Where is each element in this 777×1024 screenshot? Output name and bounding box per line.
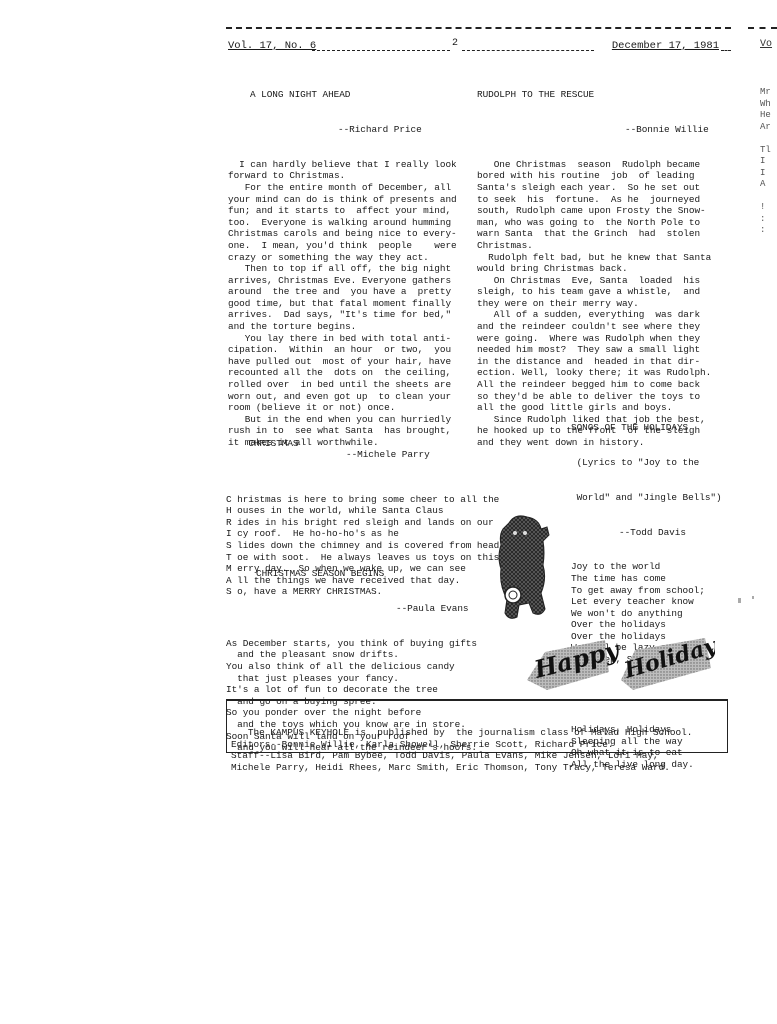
text-line: recounted all the dots on the ceiling, <box>228 367 457 379</box>
text-line: All the reindeer begged him to come back <box>477 379 711 391</box>
poem-line: As December starts, you think of buying … <box>226 638 477 650</box>
text-line: would bring Christmas back. <box>477 263 711 275</box>
text-line: cipation. Within an hour or two, you <box>228 344 457 356</box>
text-line: bored with his routine job of leading <box>477 170 711 182</box>
text-line: one. I mean, you'd think people were <box>228 240 457 252</box>
text-line: All of a sudden, everything was dark <box>477 309 711 321</box>
article-title: RUDOLPH TO THE RESCUE <box>477 89 711 101</box>
volume-number: Vol. 17, No. 6 <box>228 40 316 52</box>
bleed-line: : <box>760 214 771 226</box>
poem-line: that just pleases your fancy. <box>226 673 477 685</box>
lyric-line: The time has come <box>571 573 722 585</box>
text-line: worn out, and even got up to clean your <box>228 391 457 403</box>
page-number: 2 <box>452 38 458 49</box>
bleed-line: I <box>760 168 771 180</box>
masthead-line: Staff--Lisa Bird, Pam Bybee, Todd Davis,… <box>231 750 727 762</box>
bleed-line <box>760 133 771 145</box>
article-byline: --Richard Price <box>228 124 457 136</box>
text-line: warn Santa that the Grinch had stolen <box>477 228 711 240</box>
bleed-line: I <box>760 156 771 168</box>
text-line: your mind can do is think of presents an… <box>228 194 457 206</box>
text-line: forward to Christmas. <box>228 170 457 182</box>
bleed-line: Ar <box>760 122 771 134</box>
lyric-line: Joy to the world <box>571 561 722 573</box>
poem-title: CHRISTMAS <box>248 438 298 449</box>
song-byline: --Todd Davis <box>571 527 722 539</box>
article-title: A LONG NIGHT AHEAD <box>228 89 457 101</box>
issue-date: December 17, 1981 <box>612 40 719 52</box>
poem-title: CHRISTMAS SEASON BEGINS <box>226 568 477 580</box>
text-line: One Christmas season Rudolph became <box>477 159 711 171</box>
poem-byline: --Paula Evans <box>226 603 477 615</box>
top-dashed-rule <box>226 27 731 29</box>
text-line: crazy or something the way they act. <box>228 252 457 264</box>
bleed-line: Wh <box>760 99 771 111</box>
poem-line: H ouses in the world, while Santa Claus <box>226 505 527 517</box>
bleed-line <box>760 191 771 203</box>
text-line: and the reindeer couldn't see where they <box>477 321 711 333</box>
poem-line: It's a lot of fun to decorate the tree <box>226 684 477 696</box>
poem-line: and the pleasant snow drifts. <box>226 649 477 661</box>
song-subtitle: World" and "Jingle Bells") <box>571 492 722 504</box>
text-line: Christmas. <box>477 240 711 252</box>
masthead-line: Editors--Bonnie Willie, Karla Showell, S… <box>231 739 727 751</box>
article-byline: --Bonnie Willie <box>477 124 711 136</box>
poem-line: I cy roof. He ho-ho-ho's as he <box>226 528 527 540</box>
text-line: You lay there in bed with total anti- <box>228 333 457 345</box>
santa-clipart-icon <box>495 513 550 623</box>
text-line: to seek his fortune. As he journeyed <box>477 194 711 206</box>
adjacent-page-bleed: MrWhHeAr TlIIA !:: <box>760 87 771 237</box>
text-line: south, Rudolph came upon Frosty the Snow… <box>477 205 711 217</box>
text-line: in the distance and headed in that dir- <box>477 356 711 368</box>
bleed-line: He <box>760 110 771 122</box>
poem-line: C hristmas is here to bring some cheer t… <box>226 494 527 506</box>
header-dash-right <box>721 50 731 51</box>
text-line: Christmas carols and being nice to every… <box>228 228 457 240</box>
masthead-line: The KAMPUS KEYHOLE is published by the j… <box>231 727 727 739</box>
text-line: fun; and it starts to affect your mind, <box>228 205 457 217</box>
text-line: needed him most? They saw a small light <box>477 344 711 356</box>
lyric-line: To get away from school; <box>571 585 722 597</box>
header-dash-mid <box>462 50 594 51</box>
bleed-line: A <box>760 179 771 191</box>
header-dash-left <box>312 50 450 51</box>
masthead-text: The KAMPUS KEYHOLE is published by the j… <box>231 727 727 773</box>
text-line: were going. Where was Rudolph when they <box>477 333 711 345</box>
bleed-line: : <box>760 225 771 237</box>
text-line: I can hardly believe that I really look <box>228 159 457 171</box>
text-line: arrives, Christmas Eve. Everyone gathers <box>228 275 457 287</box>
bleed-header: Vo <box>760 39 772 50</box>
text-line: Santa's sleigh each year. So he set out <box>477 182 711 194</box>
lyric-line: Let every teacher know <box>571 596 722 608</box>
next-page-rule <box>748 27 777 29</box>
text-line: man, who was going to the North Pole to <box>477 217 711 229</box>
text-line: rolled over in bed until the sheets are <box>228 379 457 391</box>
scan-speck <box>738 598 741 603</box>
lyric-line: Over the holidays <box>571 619 722 631</box>
text-line: sleigh, to his team gave a whistle, and <box>477 286 711 298</box>
text-line: arrives. Dad says, "It's time for bed," <box>228 309 457 321</box>
bleed-line: Mr <box>760 87 771 99</box>
text-line: Rudolph felt bad, but he knew that Santa <box>477 252 711 264</box>
poem-line: You also think of all the delicious cand… <box>226 661 477 673</box>
text-line: and the torture begins. <box>228 321 457 333</box>
text-line: Then to top if all off, the big night <box>228 263 457 275</box>
text-line: around the tree and you have a pretty <box>228 286 457 298</box>
poem-byline: --Michele Parry <box>346 449 430 461</box>
scan-speck <box>752 596 754 599</box>
song-title: SONGS OF THE HOLIDAYS <box>571 422 722 434</box>
page-header: Vol. 17, No. 6 2 December 17, 1981 <box>226 38 731 54</box>
masthead-box: The KAMPUS KEYHOLE is published by the j… <box>226 699 728 753</box>
song-subtitle: (Lyrics to "Joy to the <box>571 457 722 469</box>
text-line: good time, but that fatal moment finally <box>228 298 457 310</box>
bleed-line: ! <box>760 202 771 214</box>
happy-holidays-banner: Happy Holidays <box>525 632 715 692</box>
text-line: On Christmas Eve, Santa loaded his <box>477 275 711 287</box>
text-line: too. Everyone is walking around humming <box>228 217 457 229</box>
lyric-line: We won't do anything <box>571 608 722 620</box>
text-line: they were on their merry way. <box>477 298 711 310</box>
text-line: have pulled out most of your hair, have <box>228 356 457 368</box>
masthead-line: Michele Parry, Heidi Rhees, Marc Smith, … <box>231 762 727 774</box>
article-long-night: A LONG NIGHT AHEAD --Richard Price I can… <box>228 66 457 460</box>
poem-line: R ides in his bright red sleigh and land… <box>226 517 527 529</box>
text-line: For the entire month of December, all <box>228 182 457 194</box>
bleed-line: Tl <box>760 145 771 157</box>
text-line: ection. Well, looky there; it was Rudolp… <box>477 367 711 379</box>
